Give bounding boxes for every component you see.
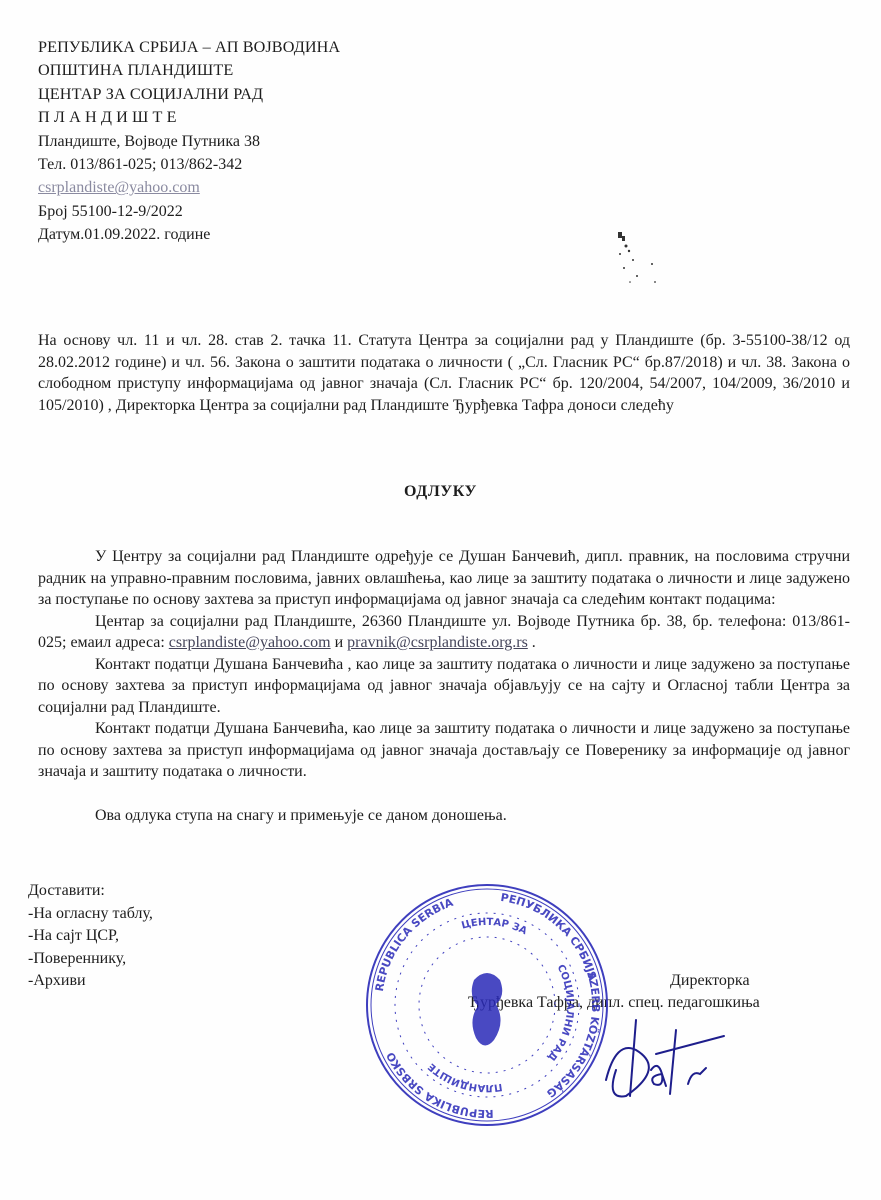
delivery-item: -На огласну таблу,	[28, 903, 153, 926]
letterhead: РЕПУБЛИКА СРБИЈА – АП ВОЈВОДИНА ОПШТИНА …	[38, 36, 340, 247]
svg-text:РЕПУБЛИКА СРБИЈА: РЕПУБЛИКА СРБИЈА	[500, 891, 600, 983]
delivery-list: Доставити: -На огласну таблу, -На сајт Ц…	[28, 880, 153, 993]
period: .	[528, 634, 536, 651]
preamble-paragraph: На основу чл. 11 и чл. 28. став 2. тачка…	[38, 330, 850, 416]
svg-text:ПЛАНДИШТЕ: ПЛАНДИШТЕ	[426, 1060, 503, 1093]
letterhead-line-2: ОПШТИНА ПЛАНДИШТЕ	[38, 59, 340, 82]
letterhead-line-3: ЦЕНТАР ЗА СОЦИЈАЛНИ РАД	[38, 83, 340, 106]
official-stamp-icon: REPUBLICA SERBIA РЕПУБЛИКА СРБИЈА SZERB …	[362, 880, 612, 1130]
email-link-pravnik[interactable]: pravnik@csrplandiste.org.rs	[347, 634, 528, 651]
letterhead-phone: Тел. 013/861-025; 013/862-342	[38, 153, 340, 176]
letterhead-address: Пландиште, Војводе Путника 38	[38, 130, 340, 153]
scan-speckle-artifact	[600, 220, 660, 300]
svg-text:ЦЕНТАР ЗА: ЦЕНТАР ЗА	[460, 917, 528, 937]
document-page: РЕПУБЛИКА СРБИЈА – АП ВОЈВОДИНА ОПШТИНА …	[0, 0, 881, 1200]
body-paragraph-3: Контакт податци Душана Банчевића , као л…	[38, 654, 850, 719]
delivery-heading: Доставити:	[28, 880, 153, 903]
delivery-item: -Архиви	[28, 970, 153, 993]
body-paragraph-4: Контакт податци Душана Банчевића, као ли…	[38, 718, 850, 783]
svg-text:СОЦИЈАЛНИ РАД: СОЦИЈАЛНИ РАД	[545, 963, 575, 1063]
conjunction: и	[331, 634, 348, 651]
body-paragraph-1: У Центру за социјални рад Пландиште одре…	[38, 546, 850, 611]
delivery-item: -На сајт ЦСР,	[28, 925, 153, 948]
delivery-item: -Повереннику,	[28, 948, 153, 971]
decision-title: ОДЛУКУ	[0, 483, 881, 501]
letterhead-line-1: РЕПУБЛИКА СРБИЈА – АП ВОЈВОДИНА	[38, 36, 340, 59]
body-paragraph-2: Центар за социјални рад Пландиште, 26360…	[38, 611, 850, 654]
letterhead-email-link[interactable]: csrplandiste@yahoo.com	[38, 176, 340, 199]
body-paragraph-5: Ова одлука ступа на снагу и примењује се…	[38, 805, 850, 827]
email-link-csr[interactable]: csrplandiste@yahoo.com	[169, 634, 331, 651]
document-date: Датум.01.09.2022. године	[38, 223, 340, 246]
document-number: Број 55100-12-9/2022	[38, 200, 340, 223]
decision-body: У Центру за социјални рад Пландиште одре…	[38, 546, 850, 826]
handwritten-signature	[596, 1010, 736, 1110]
signatory-title: Директорка	[670, 972, 750, 990]
letterhead-line-4: ПЛАНДИШТЕ	[38, 106, 340, 129]
